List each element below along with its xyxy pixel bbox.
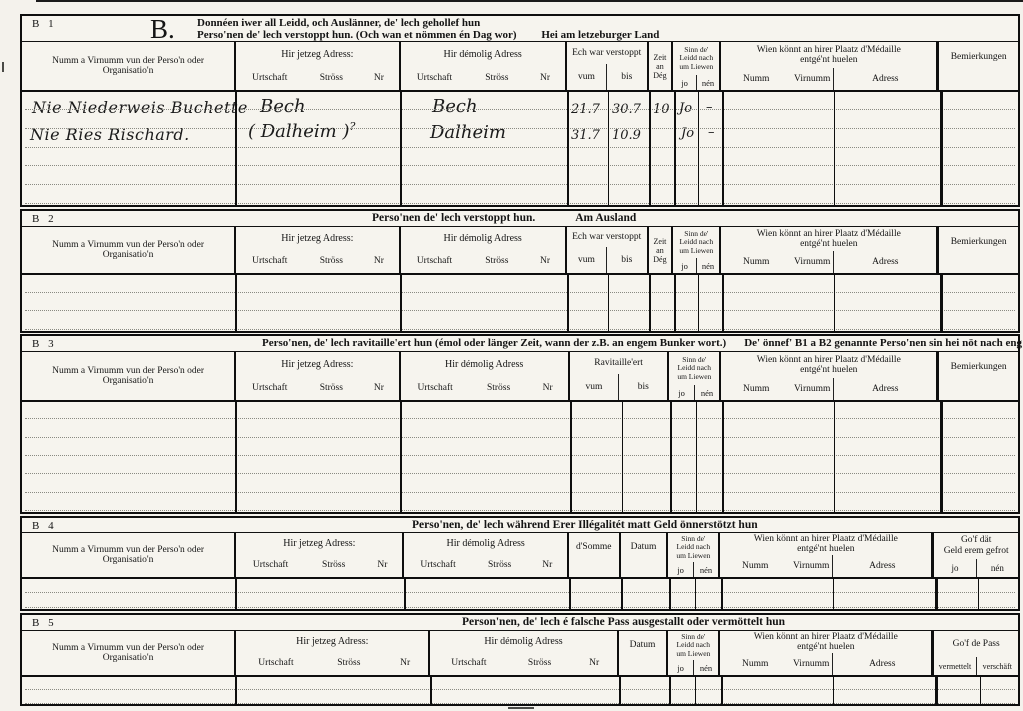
sub-virnumm: Virnumm bbox=[790, 561, 832, 571]
col-ravitaille-label: Ravitaille'ert bbox=[570, 352, 668, 374]
section-b3-titlebar: B 3 Perso'nen, de' lech ravitaille'ert h… bbox=[22, 336, 1018, 352]
sub-urtschaft: Urtschaft bbox=[236, 73, 303, 83]
gof-line1: Go'f de Pass bbox=[953, 639, 1000, 650]
ruled-line bbox=[25, 128, 1015, 129]
title-line-1: Donnéen iwer all Leidd, och Auslänner, d… bbox=[197, 17, 659, 29]
medaille-line1: Wien könnt an hirer Plaatz d'Médaille bbox=[754, 534, 898, 545]
bemierkungen-label: Bemierkungen bbox=[951, 237, 1007, 247]
section-b5: B 5 Person'nen, de' lech é falsche Pass … bbox=[20, 613, 1020, 706]
bemierkungen-label: Bemierkungen bbox=[951, 52, 1007, 62]
zeit-line2: an bbox=[656, 62, 664, 71]
col-demolig-adress: Hir démolig Adress Urtschaft Ströss Nr bbox=[428, 631, 616, 675]
gof-line1: Go'f dät bbox=[961, 535, 991, 546]
sub-stross: Ströss bbox=[469, 73, 526, 83]
title-text: Person'nen, de' lech é falsche Pass ausg… bbox=[462, 616, 785, 628]
sub-vum: vum bbox=[567, 247, 606, 273]
col-somme: d'Somme bbox=[567, 533, 619, 577]
column-divider bbox=[935, 677, 938, 705]
column-divider bbox=[622, 402, 623, 512]
column-divider bbox=[833, 579, 834, 609]
sub-gof-jo: jo bbox=[934, 559, 975, 577]
ruled-line bbox=[25, 418, 1015, 419]
column-divider bbox=[833, 677, 834, 705]
sub-nr: Nr bbox=[525, 73, 565, 83]
medaille-line2: entgé'nt huelen bbox=[800, 239, 857, 250]
column-divider bbox=[400, 402, 402, 512]
sub-numm: Numm bbox=[721, 384, 791, 394]
entry-jetzeg: ( Dalheim )? bbox=[248, 120, 355, 142]
sub-verschaft: verschäft bbox=[976, 657, 1018, 675]
sub-jo: jo bbox=[673, 75, 695, 90]
sub-urtschaft: Urtschaft bbox=[236, 560, 305, 570]
column-divider bbox=[834, 402, 835, 512]
column-divider bbox=[619, 677, 621, 705]
sub-urtschaft: Urtschaft bbox=[401, 73, 469, 83]
column-divider bbox=[404, 579, 406, 609]
col-name-label: Numm a Virnumm vun der Perso'n oder Orga… bbox=[28, 56, 228, 76]
col-sinn: Sinn de' Leidd nach um Liewen jo nén bbox=[667, 352, 719, 400]
section-label: B 5 bbox=[32, 617, 57, 629]
col-demolig-label: Hir démolig Adress bbox=[404, 533, 566, 553]
sinn-line3: um Liewen bbox=[679, 247, 713, 256]
entry-name: Nie Niederweis Buchette bbox=[32, 98, 248, 117]
datum-label: Datum bbox=[631, 542, 657, 552]
section-label: B 1 bbox=[32, 18, 57, 30]
somme-label: d'Somme bbox=[576, 542, 612, 552]
column-divider bbox=[608, 275, 609, 331]
title-line-2: Perso'nen de' lech verstoppt hun. (Och w… bbox=[197, 29, 517, 41]
entry-row: Nie Ries Rischard. ( Dalheim )? Dalheim … bbox=[22, 122, 1018, 148]
column-divider bbox=[940, 275, 943, 331]
datum-label: Datum bbox=[630, 640, 656, 650]
col-jetzeg-label: Hir jetzeg Adress: bbox=[236, 227, 398, 249]
col-jetzeg-adress: Hir jetzeg Adress: Urtschaft Ströss Nr bbox=[234, 533, 402, 577]
col-jetzeg-adress: Hir jetzeg Adress: Urtschaft Ströss Nr bbox=[234, 42, 398, 90]
ruled-line bbox=[25, 203, 1015, 204]
col-bemierkungen: Bemierkungen bbox=[936, 227, 1018, 273]
column-divider bbox=[235, 275, 237, 331]
sub-adress: Adress bbox=[832, 555, 931, 577]
sub-nen: nén bbox=[694, 385, 719, 400]
sub-nen: nén bbox=[693, 660, 718, 675]
sub-vermettelt: vermettelt bbox=[934, 657, 975, 675]
col-verstoppt: Ech war verstoppt vum bis bbox=[565, 227, 647, 273]
entry-bis: 10.9 bbox=[612, 128, 641, 143]
sub-urtschaft: Urtschaft bbox=[236, 256, 303, 266]
entry-jetzeg-sup: ? bbox=[349, 120, 355, 133]
ruled-line bbox=[25, 492, 1015, 493]
column-divider bbox=[669, 579, 671, 609]
column-divider bbox=[567, 92, 569, 205]
sub-stross: Ströss bbox=[469, 256, 526, 266]
entry-jetzeg: Bech bbox=[260, 96, 306, 117]
title-text-b: De' önnef' B1 a B2 genannte Perso'nen si… bbox=[744, 337, 1023, 349]
sub-vum: vum bbox=[570, 374, 618, 400]
column-divider bbox=[235, 677, 237, 705]
col-gof-pass: Go'f de Pass vermettelt verschäft bbox=[931, 631, 1018, 675]
column-divider bbox=[722, 92, 724, 205]
column-divider bbox=[674, 92, 676, 205]
sub-urtschaft: Urtschaft bbox=[401, 383, 470, 393]
sub-stross: Ströss bbox=[507, 658, 571, 668]
column-divider bbox=[400, 92, 402, 205]
sub-nr: Nr bbox=[359, 383, 398, 393]
column-divider bbox=[695, 579, 696, 609]
ruled-line bbox=[25, 703, 1015, 704]
section-label: B 3 bbox=[32, 338, 57, 350]
col-datum: Datum bbox=[619, 533, 667, 577]
section-b4-header: Numm a Virnumm vun der Perso'n oder Orga… bbox=[22, 533, 1018, 579]
column-divider bbox=[570, 402, 572, 512]
col-verstoppt: Ech war verstoppt vum bis bbox=[565, 42, 647, 90]
sinn-line3: um Liewen bbox=[676, 650, 710, 659]
column-divider bbox=[695, 677, 696, 705]
sub-numm: Numm bbox=[721, 74, 791, 84]
sub-bis: bis bbox=[606, 64, 646, 90]
column-divider bbox=[669, 677, 671, 705]
col-name: Numm a Virnumm vun der Perso'n oder Orga… bbox=[22, 227, 234, 273]
sub-nr: Nr bbox=[528, 560, 567, 570]
ruled-line bbox=[25, 607, 1015, 608]
col-jetzeg-adress: Hir jetzeg Adress: Urtschaft Ströss Nr bbox=[234, 227, 398, 273]
big-letter-b: B. bbox=[150, 14, 175, 45]
sub-urtschaft: Urtschaft bbox=[236, 383, 303, 393]
sub-nen: nén bbox=[696, 75, 719, 90]
col-demolig-adress: Hir démolig Adress Urtschaft Ströss Nr bbox=[399, 42, 565, 90]
section-b5-titlebar: B 5 Person'nen, de' lech é falsche Pass … bbox=[22, 615, 1018, 631]
col-name: Numm a Virnumm vun der Perso'n oder Orga… bbox=[22, 352, 234, 400]
col-name: Numm a Virnumm vun der Perso'n oder Orga… bbox=[22, 533, 234, 577]
col-bemierkungen: Bemierkungen bbox=[936, 42, 1018, 90]
column-divider bbox=[235, 92, 237, 205]
section-b1-titlebar: B 1 B. Donnéen iwer all Leidd, och Auslä… bbox=[22, 16, 1018, 42]
ruled-line bbox=[25, 592, 1015, 593]
section-b5-header: Numm a Virnumm vun der Perso'n oder Orga… bbox=[22, 631, 1018, 677]
section-b2-titlebar: B 2 Perso'nen de' lech verstoppt hun.Am … bbox=[22, 211, 1018, 227]
sub-nr: Nr bbox=[382, 658, 428, 668]
medaille-line1: Wien könnt an hirer Plaatz d'Médaille bbox=[754, 632, 898, 643]
column-divider bbox=[696, 402, 697, 512]
title-line-2b: Hei am letzeburger Land bbox=[541, 29, 659, 41]
ruled-line bbox=[25, 510, 1015, 511]
section-title: Person'nen, de' lech é falsche Pass ausg… bbox=[462, 616, 785, 628]
ruled-line bbox=[25, 147, 1015, 148]
zeit-line1: Zeit bbox=[654, 53, 667, 62]
col-medaille: Wien könnt an hirer Plaatz d'Médaille en… bbox=[719, 227, 936, 273]
entry-demolig: Dalheim bbox=[430, 122, 506, 143]
section-b2-data bbox=[22, 275, 1018, 331]
section-b3: B 3 Perso'nen, de' lech ravitaille'ert h… bbox=[20, 334, 1020, 514]
sub-adress: Adress bbox=[833, 251, 936, 273]
col-medaille: Wien könnt an hirer Plaatz d'Médaille en… bbox=[719, 42, 936, 90]
ruled-line bbox=[25, 473, 1015, 474]
col-demolig-adress: Hir démolig Adress Urtschaft Ströss Nr bbox=[402, 533, 566, 577]
ruled-line bbox=[25, 165, 1015, 166]
column-divider bbox=[608, 92, 609, 205]
medaille-line2: entgé'nt huelen bbox=[797, 544, 854, 555]
column-divider bbox=[649, 275, 651, 331]
sub-numm: Numm bbox=[720, 561, 790, 571]
column-divider bbox=[400, 275, 402, 331]
sub-urtschaft: Urtschaft bbox=[430, 658, 507, 668]
sub-stross: Ströss bbox=[303, 383, 359, 393]
sub-gof-nen: nén bbox=[976, 559, 1018, 577]
col-sinn: Sinn de' Leidd nach um Liewen jo nén bbox=[666, 533, 718, 577]
ruled-line bbox=[25, 329, 1015, 330]
column-divider bbox=[722, 402, 724, 512]
sub-virnumm: Virnumm bbox=[791, 74, 833, 84]
sub-nr: Nr bbox=[527, 383, 567, 393]
sinn-line3: um Liewen bbox=[677, 373, 711, 382]
sub-bis: bis bbox=[606, 247, 646, 273]
col-jetzeg-adress: Hir jetzeg Adress: Urtschaft Ströss Nr bbox=[234, 631, 428, 675]
gof-line2: Geld erem gefrot bbox=[944, 546, 1009, 557]
column-divider bbox=[670, 402, 672, 512]
scanned-form-page: B 1 B. Donnéen iwer all Leidd, och Auslä… bbox=[0, 0, 1023, 711]
sub-stross: Ströss bbox=[303, 256, 359, 266]
col-bemierkungen: Bemierkungen bbox=[936, 352, 1018, 400]
column-divider bbox=[567, 275, 569, 331]
sub-stross: Ströss bbox=[316, 658, 382, 668]
sub-stross: Ströss bbox=[303, 73, 359, 83]
medaille-line2: entgé'nt huelen bbox=[797, 642, 854, 653]
sub-jo: jo bbox=[669, 385, 693, 400]
section-b2-header: Numm a Virnumm vun der Perso'n oder Orga… bbox=[22, 227, 1018, 275]
sub-numm: Numm bbox=[720, 659, 790, 669]
sub-virnumm: Virnumm bbox=[791, 384, 833, 394]
sub-stross: Ströss bbox=[472, 560, 528, 570]
section-b5-data bbox=[22, 677, 1018, 705]
column-divider bbox=[722, 275, 724, 331]
zeit-line1: Zeit bbox=[654, 237, 667, 246]
section-title: Perso'nen, de' lech ravitaille'ert hun (… bbox=[262, 337, 1023, 349]
medaille-line2: entgé'nt huelen bbox=[800, 365, 857, 376]
sub-nen: nén bbox=[693, 562, 718, 577]
column-divider bbox=[721, 677, 723, 705]
section-b1-header: Numm a Virnumm vun der Perso'n oder Orga… bbox=[22, 42, 1018, 92]
section-b2: B 2 Perso'nen de' lech verstoppt hun.Am … bbox=[20, 209, 1020, 333]
section-title: Perso'nen, de' lech während Erer Illégal… bbox=[412, 519, 758, 531]
ruled-line bbox=[25, 455, 1015, 456]
sub-nr: Nr bbox=[362, 560, 402, 570]
ruled-line bbox=[25, 689, 1015, 690]
col-demolig-adress: Hir démolig Adress Urtschaft Ströss Nr bbox=[399, 227, 565, 273]
ruled-line bbox=[25, 184, 1015, 185]
column-divider bbox=[940, 402, 943, 512]
column-divider bbox=[698, 275, 699, 331]
section-b1-data: Nie Niederweis Buchette Bech Bech 21.7 3… bbox=[22, 92, 1018, 205]
sub-urtschaft: Urtschaft bbox=[401, 256, 469, 266]
col-jetzeg-adress: Hir jetzeg Adress: Urtschaft Ströss Nr bbox=[234, 352, 398, 400]
column-divider bbox=[621, 579, 623, 609]
sinn-line3: um Liewen bbox=[676, 552, 710, 561]
sub-virnumm: Virnumm bbox=[790, 659, 832, 669]
sub-adress: Adress bbox=[832, 653, 931, 675]
sub-virnumm: Virnumm bbox=[791, 257, 833, 267]
section-b1: B 1 B. Donnéen iwer all Leidd, och Auslä… bbox=[20, 14, 1020, 207]
column-divider bbox=[980, 677, 981, 705]
section-b4-data bbox=[22, 579, 1018, 609]
col-medaille: Wien könnt an hirer Plaatz d'Médaille en… bbox=[719, 352, 936, 400]
title-text: Perso'nen, de' lech während Erer Illégal… bbox=[412, 519, 758, 531]
sub-jo: jo bbox=[668, 660, 692, 675]
medaille-line1: Wien könnt an hirer Plaatz d'Médaille bbox=[757, 229, 901, 240]
sub-jo: jo bbox=[673, 258, 695, 273]
section-label: B 4 bbox=[32, 520, 57, 532]
zeit-line3: Dég bbox=[653, 255, 666, 264]
column-divider bbox=[834, 92, 835, 205]
col-gof-geld: Go'f dät Geld erem gefrot jo nén bbox=[931, 533, 1018, 577]
sub-nr: Nr bbox=[572, 658, 617, 668]
section-b3-data bbox=[22, 402, 1018, 512]
col-verstoppt-label: Ech war verstoppt bbox=[567, 227, 647, 247]
col-verstoppt-label: Ech war verstoppt bbox=[567, 42, 647, 64]
col-demolig-label: Hir démolig Adress bbox=[401, 227, 565, 249]
sub-urtschaft: Urtschaft bbox=[404, 560, 471, 570]
scan-edge-artifact bbox=[36, 0, 1023, 2]
col-zeit: Zeit an Dég bbox=[647, 227, 672, 273]
column-divider bbox=[235, 579, 237, 609]
sinn-line3: um Liewen bbox=[679, 63, 713, 72]
title-text: Perso'nen, de' lech ravitaille'ert hun (… bbox=[262, 337, 726, 349]
column-divider bbox=[649, 92, 651, 205]
col-ravitaille: Ravitaille'ert vum bis bbox=[568, 352, 668, 400]
medaille-line2: entgé'nt huelen bbox=[800, 55, 857, 66]
col-name-label: Numm a Virnumm vun der Perso'n oder Orga… bbox=[28, 643, 228, 663]
section-b3-header: Numm a Virnumm vun der Perso'n oder Orga… bbox=[22, 352, 1018, 402]
title-text: Perso'nen de' lech verstoppt hun. bbox=[372, 212, 535, 224]
sub-nr: Nr bbox=[525, 256, 565, 266]
column-divider bbox=[430, 677, 432, 705]
col-demolig-adress: Hir démolig Adress Urtschaft Ströss Nr bbox=[399, 352, 568, 400]
sub-numm: Numm bbox=[721, 257, 791, 267]
col-medaille: Wien könnt an hirer Plaatz d'Médaille en… bbox=[718, 533, 931, 577]
entry-vum: 31.7 bbox=[571, 128, 600, 143]
section-b4-titlebar: B 4 Perso'nen, de' lech während Erer Ill… bbox=[22, 518, 1018, 533]
entry-nen: – bbox=[706, 100, 713, 115]
ruled-line bbox=[25, 310, 1015, 311]
column-divider bbox=[940, 92, 943, 205]
sub-stross: Ströss bbox=[470, 383, 528, 393]
column-divider bbox=[834, 275, 835, 331]
col-medaille: Wien könnt an hirer Plaatz d'Médaille en… bbox=[718, 631, 931, 675]
col-sinn: Sinn de' Leidd nach um Liewen jo nén bbox=[666, 631, 718, 675]
sub-bis: bis bbox=[618, 374, 667, 400]
col-datum: Datum bbox=[617, 631, 667, 675]
col-sinn: Sinn de' Leidd nach um Liewen jo nén bbox=[671, 42, 719, 90]
scan-speck bbox=[508, 707, 534, 709]
col-jetzeg-label: Hir jetzeg Adress: bbox=[236, 42, 398, 66]
section-label: B 2 bbox=[32, 213, 57, 225]
col-name-label: Numm a Virnumm vun der Perso'n oder Orga… bbox=[28, 240, 228, 260]
col-name-label: Numm a Virnumm vun der Perso'n oder Orga… bbox=[28, 366, 228, 386]
col-jetzeg-label: Hir jetzeg Adress: bbox=[236, 352, 398, 376]
entry-demolig: Bech bbox=[432, 96, 478, 117]
ruled-line bbox=[25, 292, 1015, 293]
ruled-line bbox=[25, 437, 1015, 438]
column-divider bbox=[978, 579, 979, 609]
col-name: Numm a Virnumm vun der Perso'n oder Orga… bbox=[22, 42, 234, 90]
column-divider bbox=[935, 579, 938, 609]
sub-nr: Nr bbox=[359, 73, 398, 83]
col-zeit: Zeit an Dég bbox=[647, 42, 672, 90]
medaille-line1: Wien könnt an hirer Plaatz d'Médaille bbox=[757, 45, 901, 56]
col-sinn: Sinn de' Leidd nach um Liewen jo nén bbox=[671, 227, 719, 273]
entry-jetzeg-text: ( Dalheim ) bbox=[248, 121, 349, 142]
col-demolig-label: Hir démolig Adress bbox=[430, 631, 616, 651]
sub-vum: vum bbox=[567, 64, 606, 90]
ruled-line bbox=[25, 109, 1015, 110]
section-title: Perso'nen de' lech verstoppt hun.Am Ausl… bbox=[372, 212, 636, 224]
title-text-b: Am Ausland bbox=[575, 212, 636, 224]
bemierkungen-label: Bemierkungen bbox=[951, 362, 1007, 372]
col-name: Numm a Virnumm vun der Perso'n oder Orga… bbox=[22, 631, 234, 675]
sub-stross: Ströss bbox=[305, 560, 362, 570]
sub-urtschaft: Urtschaft bbox=[236, 658, 316, 668]
section-b4: B 4 Perso'nen, de' lech während Erer Ill… bbox=[20, 516, 1020, 611]
sub-adress: Adress bbox=[833, 378, 936, 400]
sub-jo: jo bbox=[668, 562, 692, 577]
column-divider bbox=[698, 92, 699, 205]
column-divider bbox=[235, 402, 237, 512]
col-jetzeg-label: Hir jetzeg Adress: bbox=[236, 533, 402, 553]
sub-nr: Nr bbox=[359, 256, 398, 266]
column-divider bbox=[721, 579, 723, 609]
column-divider bbox=[674, 275, 676, 331]
col-demolig-label: Hir démolig Adress bbox=[401, 352, 568, 376]
col-demolig-label: Hir démolig Adress bbox=[401, 42, 565, 66]
sub-adress: Adress bbox=[833, 68, 936, 90]
scan-speck bbox=[2, 62, 4, 72]
medaille-line1: Wien könnt an hirer Plaatz d'Médaille bbox=[757, 355, 901, 366]
section-title: Donnéen iwer all Leidd, och Auslänner, d… bbox=[197, 17, 659, 41]
zeit-line3: Dég bbox=[653, 71, 666, 80]
sub-nen: nén bbox=[696, 258, 719, 273]
col-name-label: Numm a Virnumm vun der Perso'n oder Orga… bbox=[28, 545, 228, 565]
zeit-line2: an bbox=[656, 246, 664, 255]
column-divider bbox=[569, 579, 571, 609]
col-jetzeg-label: Hir jetzeg Adress: bbox=[236, 631, 428, 651]
